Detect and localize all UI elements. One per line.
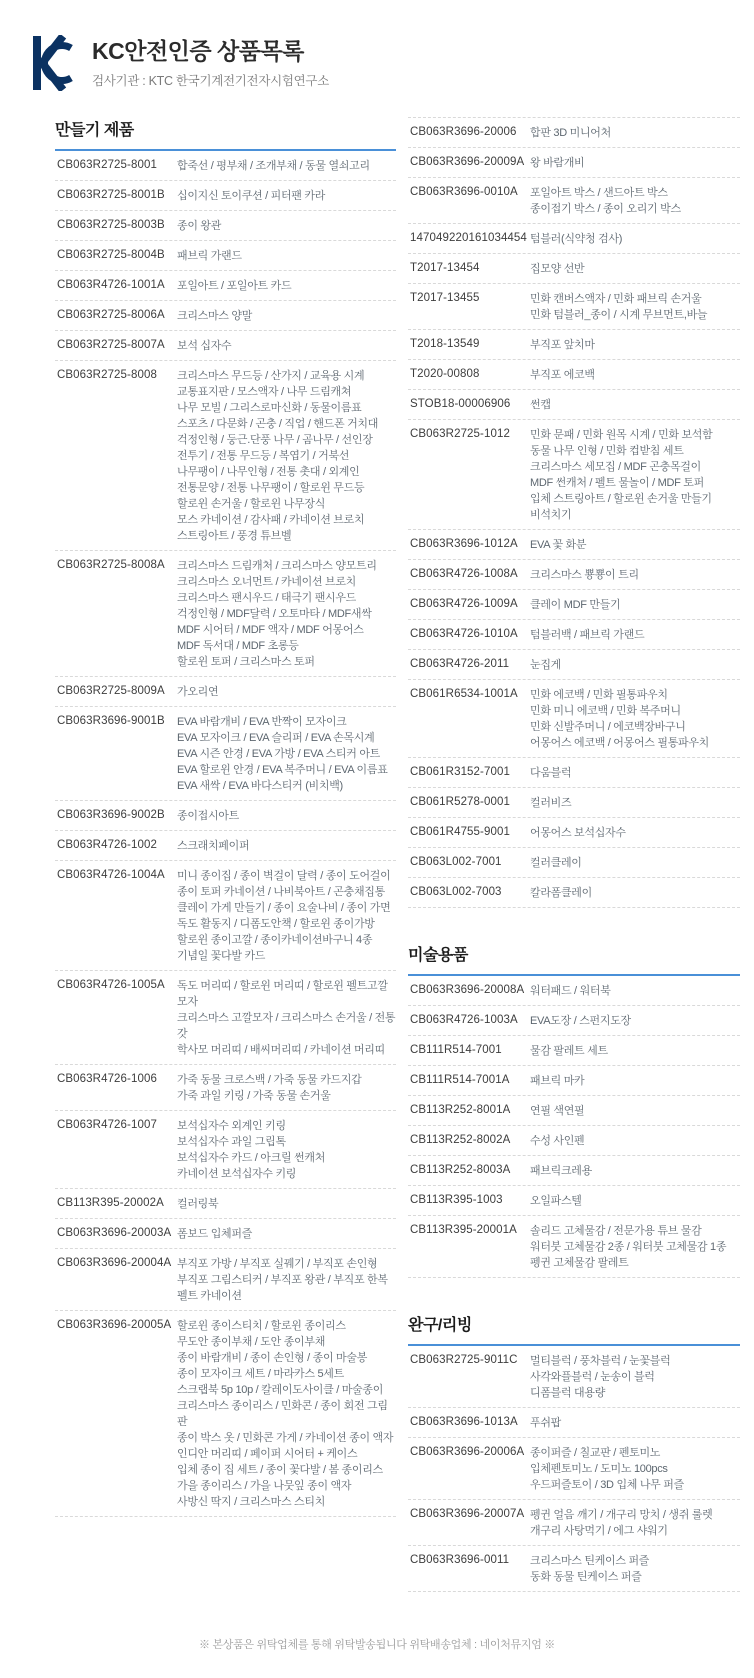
- cert-code: CB063R3696-20004A: [57, 1256, 177, 1269]
- product-item-line: 크리스마스 드림캐처 / 크리스마스 양모트리: [177, 558, 396, 574]
- product-item-line: 연필 색연필: [530, 1103, 740, 1119]
- product-item-line: 워터붓 고체물감 2종 / 워터붓 고체물감 1종: [530, 1239, 740, 1255]
- product-item-line: 스포츠 / 다문화 / 곤충 / 직업 / 핸드폰 거치대: [177, 416, 396, 432]
- product-item-line: 왕 바람개비: [530, 155, 740, 171]
- cert-code: CB063R4726-1007: [57, 1118, 177, 1131]
- cert-code: CB063R2725-8001B: [57, 188, 177, 201]
- product-item-line: 칼라폼클레이: [530, 885, 740, 901]
- product-items: 할로윈 종이스티치 / 할로윈 종이리스무도안 종이부채 / 도안 종이부채종이…: [177, 1318, 396, 1510]
- product-row: CB063R2725-8003B종이 왕관: [55, 211, 396, 241]
- product-items: 칼라폼클레이: [530, 885, 740, 901]
- product-row: CB111R514-7001A패브릭 마카: [408, 1066, 740, 1096]
- product-item-line: EVA 바람개비 / EVA 반짝이 모자이크: [177, 714, 396, 730]
- product-item-line: 입체펜토미노 / 도미노 100pcs: [530, 1461, 740, 1477]
- section-title-making: 만들기 제품: [55, 117, 396, 151]
- product-row: CB063R3696-20007A펭귄 얼음 깨기 / 개구리 망치 / 생쥐 …: [408, 1500, 740, 1546]
- product-item-line: 모스 카네이션 / 감사패 / 카네이션 브로치: [177, 512, 396, 528]
- product-row: CB113R252-8001A연필 색연필: [408, 1096, 740, 1126]
- cert-code: CB063R4726-1010A: [410, 627, 530, 640]
- product-row: CB063R3696-20008A워터패드 / 워터북: [408, 976, 740, 1006]
- cert-code: CB063R2725-8008A: [57, 558, 177, 571]
- product-items: 컬러비즈: [530, 795, 740, 811]
- cert-code: CB063R2725-9011C: [410, 1353, 530, 1366]
- product-row: CB063R2725-8007A보석 십자수: [55, 331, 396, 361]
- product-item-line: 폼보드 입체퍼즐: [177, 1226, 396, 1242]
- product-row: CB113R252-8003A패브릭크레용: [408, 1156, 740, 1186]
- product-items: 합죽선 / 평부채 / 조개부채 / 동물 열쇠고리: [177, 158, 396, 174]
- product-items: 오일파스텔: [530, 1193, 740, 1209]
- cert-code: CB063R3696-20009A: [410, 155, 530, 168]
- product-items: EVA 꽃 화분: [530, 537, 740, 553]
- product-items: 독도 머리띠 / 할로윈 머리띠 / 할로윈 펠트고깔모자크리스마스 고깔모자 …: [177, 978, 396, 1058]
- product-item-line: 크리스마스 고깔모자 / 크리스마스 손거울 / 전통갓: [177, 1010, 396, 1042]
- product-items: 민화 에코백 / 민화 필통파우치민화 미니 에코백 / 민화 복주머니민화 신…: [530, 687, 740, 751]
- product-row: CB061R5278-0001컬러비즈: [408, 788, 740, 818]
- page-header: KC안전인증 상품목록 검사기관 : KTC 한국기계전기전자시험연구소: [30, 33, 740, 91]
- product-item-line: 크리스마스 양말: [177, 308, 396, 324]
- product-item-line: 가을 종이리스 / 가을 나뭇잎 종이 액자: [177, 1478, 396, 1494]
- product-item-line: 솔리드 고체물감 / 전문가용 튜브 물감: [530, 1223, 740, 1239]
- product-item-line: 패브릭 가랜드: [177, 248, 396, 264]
- cert-code: CB063R4726-1001A: [57, 278, 177, 291]
- product-item-line: EVA 모자이크 / EVA 슬리퍼 / EVA 손목시계: [177, 730, 396, 746]
- product-row: T2017-13455민화 캔버스액자 / 민화 패브릭 손거울민화 텀블러_종…: [408, 284, 740, 330]
- product-items: 크리스마스 틴케이스 퍼즐동화 동물 틴케이스 퍼즐: [530, 1553, 740, 1585]
- product-item-line: 컬러링북: [177, 1196, 396, 1212]
- product-item-line: 워터패드 / 워터북: [530, 983, 740, 999]
- product-item-line: 텀블러(식약청 검사): [530, 231, 740, 247]
- product-items: 십이지신 토이쿠션 / 피터팬 카라: [177, 188, 396, 204]
- product-row: CB063R3696-20006A종이퍼즐 / 칠교판 / 펜토미노입체펜토미노…: [408, 1438, 740, 1500]
- cert-code: T2017-13454: [410, 261, 530, 274]
- product-item-line: 독도 활동지 / 디폼도안책 / 할로윈 종이가방: [177, 916, 396, 932]
- product-item-line: 인디안 머리띠 / 페이퍼 시어터 + 케이스: [177, 1446, 396, 1462]
- product-item-line: 텀블러백 / 패브릭 가랜드: [530, 627, 740, 643]
- product-item-line: 보석십자수 외계인 키링: [177, 1118, 396, 1134]
- cert-code: CB063R3696-9002B: [57, 808, 177, 821]
- cert-code: CB113R252-8003A: [410, 1163, 530, 1176]
- cert-code: CB113R395-20001A: [410, 1223, 530, 1236]
- product-items: 패브릭 마카: [530, 1073, 740, 1089]
- product-items: 패브릭 가랜드: [177, 248, 396, 264]
- cert-code: CB063R2725-8004B: [57, 248, 177, 261]
- cert-code: CB063R3696-20006: [410, 125, 530, 138]
- product-row: CB063R4726-1007보석십자수 외계인 키링보석십자수 과일 그립톡보…: [55, 1111, 396, 1189]
- product-item-line: 종이 토퍼 카네이션 / 나비북아트 / 곤충채집통: [177, 884, 396, 900]
- product-row: CB063R2725-8008크리스마스 무드등 / 산가지 / 교육용 시계교…: [55, 361, 396, 551]
- product-item-line: 크리스마스 틴케이스 퍼즐: [530, 1553, 740, 1569]
- cert-code: T2017-13455: [410, 291, 530, 304]
- product-item-line: 집모양 선반: [530, 261, 740, 277]
- product-items: 종이 왕관: [177, 218, 396, 234]
- product-item-line: 할로윈 토퍼 / 크리스마스 토퍼: [177, 654, 396, 670]
- product-items: 민화 문패 / 민화 원목 시계 / 민화 보석함동물 나무 인형 / 민화 컵…: [530, 427, 740, 523]
- product-item-line: 수성 사인펜: [530, 1133, 740, 1149]
- cert-code: CB063R4726-2011: [410, 657, 530, 670]
- product-item-line: 걱정인형 / 둥근.단풍 나무 / 곰나무 / 선인장: [177, 432, 396, 448]
- section-title-toys: 완구/리빙: [408, 1312, 740, 1346]
- product-item-line: 클레이 MDF 만들기: [530, 597, 740, 613]
- product-item-line: 스트링아트 / 풍경 튜브벨: [177, 528, 396, 544]
- product-items: 클레이 MDF 만들기: [530, 597, 740, 613]
- product-item-line: 개구리 사탕먹기 / 에그 샤워기: [530, 1523, 740, 1539]
- product-item-line: 할로윈 손거울 / 할로윈 나무장식: [177, 496, 396, 512]
- product-item-line: 썬캡: [530, 397, 740, 413]
- product-item-line: EVA 시즌 안경 / EVA 가방 / EVA 스티커 아트: [177, 746, 396, 762]
- product-row: CB063R3696-0011크리스마스 틴케이스 퍼즐동화 동물 틴케이스 퍼…: [408, 1546, 740, 1592]
- product-items: 텀블러(식약청 검사): [530, 231, 740, 247]
- product-item-line: 부직포 에코백: [530, 367, 740, 383]
- section-toys: 완구/리빙 CB063R2725-9011C멀티블럭 / 풍차블럭 / 눈꽃블럭…: [408, 1312, 740, 1592]
- product-item-line: 패브릭 마카: [530, 1073, 740, 1089]
- product-items: EVA도장 / 스펀지도장: [530, 1013, 740, 1029]
- product-row: CB063R2725-9011C멀티블럭 / 풍차블럭 / 눈꽃블럭사각와플블럭…: [408, 1346, 740, 1408]
- product-row: CB061R3152-7001다움블럭: [408, 758, 740, 788]
- cert-code: CB063R4726-1003A: [410, 1013, 530, 1026]
- product-item-line: 민화 문패 / 민화 원목 시계 / 민화 보석함: [530, 427, 740, 443]
- right-column: CB063R3696-20006합판 3D 미니어처CB063R3696-200…: [408, 117, 740, 1592]
- product-row: CB063R3696-0010A포일아트 박스 / 샌드아트 박스종이접기 박스…: [408, 178, 740, 224]
- section-title-art: 미술용품: [408, 942, 740, 976]
- product-item-line: EVA도장 / 스펀지도장: [530, 1013, 740, 1029]
- product-items: 크리스마스 무드등 / 산가지 / 교육용 시계교통표지판 / 모스액자 / 나…: [177, 368, 396, 544]
- product-row: CB113R395-20001A솔리드 고체물감 / 전문가용 튜브 물감워터붓…: [408, 1216, 740, 1278]
- product-items: 텀블러백 / 패브릭 가랜드: [530, 627, 740, 643]
- product-item-line: 눈집게: [530, 657, 740, 673]
- product-items: 썬캡: [530, 397, 740, 413]
- product-item-line: 종이접기 박스 / 종이 오리기 박스: [530, 201, 740, 217]
- cert-code: CB063R4726-1002: [57, 838, 177, 851]
- product-item-line: 동화 동물 틴케이스 퍼즐: [530, 1569, 740, 1585]
- product-row: CB063R3696-9001BEVA 바람개비 / EVA 반짝이 모자이크E…: [55, 707, 396, 801]
- cert-code: CB063R2725-8003B: [57, 218, 177, 231]
- product-items: 워터패드 / 워터북: [530, 983, 740, 999]
- product-item-line: 민화 미니 에코백 / 민화 복주머니: [530, 703, 740, 719]
- product-row: CB063R2725-8001합죽선 / 평부채 / 조개부채 / 동물 열쇠고…: [55, 151, 396, 181]
- product-item-line: 할로윈 종이고깔 / 종이카네이션바구니 4종: [177, 932, 396, 948]
- product-item-line: 크리스마스 팬시우드 / 태극기 팬시우드: [177, 590, 396, 606]
- cert-code: STOB18-00006906: [410, 397, 530, 410]
- cert-code: CB113R252-8002A: [410, 1133, 530, 1146]
- product-item-line: 십이지신 토이쿠션 / 피터팬 카라: [177, 188, 396, 204]
- kc-mark-icon: [30, 35, 80, 91]
- header-titles: KC안전인증 상품목록 검사기관 : KTC 한국기계전기전자시험연구소: [92, 33, 329, 89]
- product-item-line: 멀티블럭 / 풍차블럭 / 눈꽃블럭: [530, 1353, 740, 1369]
- cert-code: CB111R514-7001: [410, 1043, 530, 1056]
- cert-code: CB063R2725-8009A: [57, 684, 177, 697]
- product-item-line: 크리스마스 종이리스 / 민화콘 / 종이 회전 그림판: [177, 1398, 396, 1430]
- product-row: CB061R4755-9001어몽어스 보석십자수: [408, 818, 740, 848]
- cert-code: CB063R4726-1005A: [57, 978, 177, 991]
- product-items: 크리스마스 뿅뿅이 트리: [530, 567, 740, 583]
- cert-code: CB061R6534-1001A: [410, 687, 530, 700]
- cert-code: CB063R4726-1004A: [57, 868, 177, 881]
- product-item-line: 기념일 꽃다발 카드: [177, 948, 396, 964]
- product-item-line: 걱정인형 / MDF달력 / 오토마타 / MDF새싹: [177, 606, 396, 622]
- cert-code: CB063R3696-9001B: [57, 714, 177, 727]
- product-items: 부직포 앞치마: [530, 337, 740, 353]
- toys-rows: CB063R2725-9011C멀티블럭 / 풍차블럭 / 눈꽃블럭사각와플블럭…: [408, 1346, 740, 1592]
- section-making: 만들기 제품 CB063R2725-8001합죽선 / 평부채 / 조개부채 /…: [55, 117, 396, 1517]
- product-row: CB063R2725-1012민화 문패 / 민화 원목 시계 / 민화 보석함…: [408, 420, 740, 530]
- product-row: CB063R3696-9002B종이접시아트: [55, 801, 396, 831]
- product-item-line: 오일파스텔: [530, 1193, 740, 1209]
- product-item-line: 미니 종이집 / 종이 벽걸이 달력 / 종이 도어걸이: [177, 868, 396, 884]
- product-item-line: 펭귄 얼음 깨기 / 개구리 망치 / 생쥐 룰렛: [530, 1507, 740, 1523]
- product-item-line: 민화 에코백 / 민화 필통파우치: [530, 687, 740, 703]
- product-items: 펭귄 얼음 깨기 / 개구리 망치 / 생쥐 룰렛개구리 사탕먹기 / 에그 샤…: [530, 1507, 740, 1539]
- product-item-line: 물감 팔레트 세트: [530, 1043, 740, 1059]
- cert-code: CB063R2725-1012: [410, 427, 530, 440]
- art-rows: CB063R3696-20008A워터패드 / 워터북CB063R4726-10…: [408, 976, 740, 1278]
- kc-certification-page: KC안전인증 상품목록 검사기관 : KTC 한국기계전기전자시험연구소 만들기…: [0, 0, 754, 1602]
- cert-code: CB063R3696-20005A: [57, 1318, 177, 1331]
- product-items: 멀티블럭 / 풍차블럭 / 눈꽃블럭사각와플블럭 / 눈송이 블럭디폼블럭 대용…: [530, 1353, 740, 1401]
- cert-code: CB063R2725-8001: [57, 158, 177, 171]
- cert-code: CB063R2725-8006A: [57, 308, 177, 321]
- product-row: CB063R3696-1012AEVA 꽃 화분: [408, 530, 740, 560]
- product-row: CB063R3696-20006합판 3D 미니어처: [408, 117, 740, 148]
- product-item-line: 민화 신발주머니 / 에코백장바구니: [530, 719, 740, 735]
- product-item-line: 크리스마스 뿅뿅이 트리: [530, 567, 740, 583]
- cert-code: CB061R3152-7001: [410, 765, 530, 778]
- product-item-line: 사각와플블럭 / 눈송이 블럭: [530, 1369, 740, 1385]
- product-item-line: 합판 3D 미니어처: [530, 125, 740, 141]
- product-row: CB063R2725-8008A크리스마스 드림캐처 / 크리스마스 양모트리크…: [55, 551, 396, 677]
- making-right-rows: CB063R3696-20006합판 3D 미니어처CB063R3696-200…: [408, 117, 740, 908]
- cert-code: CB063R4726-1008A: [410, 567, 530, 580]
- product-row: CB063R2725-8009A가오리연: [55, 677, 396, 707]
- product-item-line: 전투기 / 전통 무드등 / 복엽기 / 거북선: [177, 448, 396, 464]
- product-row: CB063R4726-2011눈집게: [408, 650, 740, 680]
- product-items: 크리스마스 드림캐처 / 크리스마스 양모트리크리스마스 오너먼트 / 카네이션…: [177, 558, 396, 670]
- page-title: KC안전인증 상품목록: [92, 33, 329, 66]
- left-column: 만들기 제품 CB063R2725-8001합죽선 / 평부채 / 조개부채 /…: [55, 117, 396, 1592]
- product-item-line: 펭귄 고체물감 팔레트: [530, 1255, 740, 1271]
- product-items: 왕 바람개비: [530, 155, 740, 171]
- cert-code: CB063R3696-0010A: [410, 185, 530, 198]
- product-item-line: 보석십자수 카드 / 아크릴 썬캐처: [177, 1150, 396, 1166]
- product-items: 수성 사인펜: [530, 1133, 740, 1149]
- consignment-note: ※ 본상품은 위탁업체를 통해 위탁발송됩니다 위탁배송업체 : 네이처뮤지엄 …: [0, 1636, 754, 1652]
- product-row: CB063L002-7001컬러클레이: [408, 848, 740, 878]
- product-item-line: 부직포 가방 / 부직포 실꿰기 / 부직포 손인형: [177, 1256, 396, 1272]
- cert-code: CB111R514-7001A: [410, 1073, 530, 1086]
- product-row: T2017-13454집모양 선반: [408, 254, 740, 284]
- product-item-line: 어몽어스 보석십자수: [530, 825, 740, 841]
- cert-code: 147049220161034454: [410, 231, 530, 244]
- product-item-line: 포일아트 / 포일아트 카드: [177, 278, 396, 294]
- product-items: 가죽 동물 크로스백 / 가죽 동물 카드지갑가죽 과일 키링 / 가죽 동물 …: [177, 1072, 396, 1104]
- product-row: CB113R395-20002A컬러링북: [55, 1189, 396, 1219]
- product-row: CB063R4726-1004A미니 종이집 / 종이 벽걸이 달력 / 종이 …: [55, 861, 396, 971]
- product-items: 연필 색연필: [530, 1103, 740, 1119]
- product-row: CB063R3696-20005A할로윈 종이스티치 / 할로윈 종이리스무도안…: [55, 1311, 396, 1517]
- product-item-line: 무도안 종이부채 / 도안 종이부채: [177, 1334, 396, 1350]
- product-row: CB063R2725-8004B패브릭 가랜드: [55, 241, 396, 271]
- cert-code: CB061R4755-9001: [410, 825, 530, 838]
- product-item-line: 합죽선 / 평부채 / 조개부채 / 동물 열쇠고리: [177, 158, 396, 174]
- product-item-line: 부직포 앞치마: [530, 337, 740, 353]
- product-item-line: 할로윈 종이스티치 / 할로윈 종이리스: [177, 1318, 396, 1334]
- cert-code: CB063R2725-8008: [57, 368, 177, 381]
- product-items: 부직포 에코백: [530, 367, 740, 383]
- product-item-line: 동물 나무 인형 / 민화 컵받침 세트: [530, 443, 740, 459]
- product-items: 솔리드 고체물감 / 전문가용 튜브 물감워터붓 고체물감 2종 / 워터붓 고…: [530, 1223, 740, 1271]
- product-item-line: 독도 머리띠 / 할로윈 머리띠 / 할로윈 펠트고깔모자: [177, 978, 396, 1010]
- product-item-line: 크리스마스 오너먼트 / 카네이션 브로치: [177, 574, 396, 590]
- product-items: 크리스마스 양말: [177, 308, 396, 324]
- product-item-line: 다움블럭: [530, 765, 740, 781]
- product-item-line: 보석십자수 과일 그립톡: [177, 1134, 396, 1150]
- content-columns: 만들기 제품 CB063R2725-8001합죽선 / 평부채 / 조개부채 /…: [55, 117, 740, 1592]
- product-item-line: 푸쉬팝: [530, 1415, 740, 1431]
- cert-code: CB063R3696-1012A: [410, 537, 530, 550]
- product-item-line: 비석치기: [530, 507, 740, 523]
- product-item-line: EVA 할로윈 안경 / EVA 복주머니 / EVA 이름표: [177, 762, 396, 778]
- product-row: CB063R3696-1013A푸쉬팝: [408, 1408, 740, 1438]
- product-item-line: MDF 시어터 / MDF 액자 / MDF 어몽어스: [177, 622, 396, 638]
- product-items: 포일아트 / 포일아트 카드: [177, 278, 396, 294]
- product-item-line: 가죽 동물 크로스백 / 가죽 동물 카드지갑: [177, 1072, 396, 1088]
- product-item-line: 입체 스트링아트 / 할로윈 손거울 만들기: [530, 491, 740, 507]
- product-item-line: 컬러비즈: [530, 795, 740, 811]
- product-item-line: 종이 바람개비 / 종이 손인형 / 종이 마술봉: [177, 1350, 396, 1366]
- product-item-line: EVA 꽃 화분: [530, 537, 740, 553]
- cert-code: CB063L002-7001: [410, 855, 530, 868]
- product-row: CB111R514-7001물감 팔레트 세트: [408, 1036, 740, 1066]
- product-item-line: 부직포 그림스티커 / 부직포 왕관 / 부직포 한복: [177, 1272, 396, 1288]
- cert-code: T2020-00808: [410, 367, 530, 380]
- product-item-line: 카네이션 보석십자수 키링: [177, 1166, 396, 1182]
- product-item-line: 종이퍼즐 / 칠교판 / 펜토미노: [530, 1445, 740, 1461]
- product-item-line: 클레이 가게 만들기 / 종이 요술나비 / 종이 가면: [177, 900, 396, 916]
- product-items: 어몽어스 보석십자수: [530, 825, 740, 841]
- product-row: T2020-00808부직포 에코백: [408, 360, 740, 390]
- product-item-line: 어몽어스 에코백 / 어몽어스 필통파우치: [530, 735, 740, 751]
- product-item-line: 사방신 딱지 / 크리스마스 스티치: [177, 1494, 396, 1510]
- product-row: CB063R2725-8001B십이지신 토이쿠션 / 피터팬 카라: [55, 181, 396, 211]
- product-items: 보석십자수 외계인 키링보석십자수 과일 그립톡보석십자수 카드 / 아크릴 썬…: [177, 1118, 396, 1182]
- product-row: CB063R4726-1010A텀블러백 / 패브릭 가랜드: [408, 620, 740, 650]
- product-row: CB063R4726-1003AEVA도장 / 스펀지도장: [408, 1006, 740, 1036]
- cert-code: CB063R4726-1006: [57, 1072, 177, 1085]
- product-items: 집모양 선반: [530, 261, 740, 277]
- product-items: 컬러클레이: [530, 855, 740, 871]
- product-items: 물감 팔레트 세트: [530, 1043, 740, 1059]
- product-row: CB063L002-7003칼라폼클레이: [408, 878, 740, 908]
- product-item-line: 학사모 머리띠 / 배씨머리띠 / 카네이션 머리띠: [177, 1042, 396, 1058]
- product-items: EVA 바람개비 / EVA 반짝이 모자이크EVA 모자이크 / EVA 슬리…: [177, 714, 396, 794]
- product-item-line: 교통표지판 / 모스액자 / 나무 드림캐쳐: [177, 384, 396, 400]
- product-items: 포일아트 박스 / 샌드아트 박스종이접기 박스 / 종이 오리기 박스: [530, 185, 740, 217]
- product-row: CB063R4726-1001A포일아트 / 포일아트 카드: [55, 271, 396, 301]
- cert-code: CB113R252-8001A: [410, 1103, 530, 1116]
- product-row: CB063R2725-8006A크리스마스 양말: [55, 301, 396, 331]
- product-items: 스크래치페이퍼: [177, 838, 396, 854]
- product-item-line: 컬러클레이: [530, 855, 740, 871]
- product-item-line: EVA 새싹 / EVA 바다스티커 (비치백): [177, 778, 396, 794]
- product-row: CB063R3696-20009A왕 바람개비: [408, 148, 740, 178]
- product-item-line: 크리스마스 세모집 / MDF 곤충목걸이: [530, 459, 740, 475]
- product-item-line: 나무 모빌 / 그리스로마신화 / 동물이름표: [177, 400, 396, 416]
- product-row: CB063R4726-1002스크래치페이퍼: [55, 831, 396, 861]
- making-left-rows: CB063R2725-8001합죽선 / 평부채 / 조개부채 / 동물 열쇠고…: [55, 151, 396, 1517]
- section-art: 미술용품 CB063R3696-20008A워터패드 / 워터북CB063R47…: [408, 942, 740, 1278]
- page-subtitle: 검사기관 : KTC 한국기계전기전자시험연구소: [92, 71, 329, 89]
- product-row: CB063R3696-20003A폼보드 입체퍼즐: [55, 1219, 396, 1249]
- cert-code: CB063R3696-20006A: [410, 1445, 530, 1458]
- product-item-line: 나무팽이 / 나무인형 / 전통 촛대 / 외계인: [177, 464, 396, 480]
- product-items: 컬러링북: [177, 1196, 396, 1212]
- product-item-line: MDF 독서대 / MDF 초롱등: [177, 638, 396, 654]
- cert-code: CB063R3696-0011: [410, 1553, 530, 1566]
- cert-code: CB063R3696-20008A: [410, 983, 530, 996]
- product-items: 보석 십자수: [177, 338, 396, 354]
- cert-code: CB063R4726-1009A: [410, 597, 530, 610]
- product-items: 합판 3D 미니어처: [530, 125, 740, 141]
- product-item-line: 패브릭크레용: [530, 1163, 740, 1179]
- cert-code: CB113R395-20002A: [57, 1196, 177, 1209]
- product-items: 폼보드 입체퍼즐: [177, 1226, 396, 1242]
- product-item-line: 가죽 과일 키링 / 가죽 동물 손거울: [177, 1088, 396, 1104]
- product-row: CB063R4726-1006가죽 동물 크로스백 / 가죽 동물 카드지갑가죽…: [55, 1065, 396, 1111]
- product-item-line: 민화 텀블러_종이 / 시계 무브먼트,바늘: [530, 307, 740, 323]
- product-item-line: 보석 십자수: [177, 338, 396, 354]
- product-item-line: 종이 박스 옷 / 민화콘 가게 / 카네이션 종이 액자: [177, 1430, 396, 1446]
- product-items: 미니 종이집 / 종이 벽걸이 달력 / 종이 도어걸이종이 토퍼 카네이션 /…: [177, 868, 396, 964]
- product-item-line: 스크래치페이퍼: [177, 838, 396, 854]
- product-item-line: 크리스마스 무드등 / 산가지 / 교육용 시계: [177, 368, 396, 384]
- product-item-line: 가오리연: [177, 684, 396, 700]
- product-items: 가오리연: [177, 684, 396, 700]
- product-row: CB113R252-8002A수성 사인펜: [408, 1126, 740, 1156]
- product-item-line: 종이 왕관: [177, 218, 396, 234]
- product-items: 다움블럭: [530, 765, 740, 781]
- product-row: T2018-13549부직포 앞치마: [408, 330, 740, 360]
- product-row: CB063R4726-1009A클레이 MDF 만들기: [408, 590, 740, 620]
- product-row: CB063R3696-20004A부직포 가방 / 부직포 실꿰기 / 부직포 …: [55, 1249, 396, 1311]
- product-row: 147049220161034454텀블러(식약청 검사): [408, 224, 740, 254]
- product-row: CB113R395-1003오일파스텔: [408, 1186, 740, 1216]
- product-item-line: 펠트 카네이션: [177, 1288, 396, 1304]
- product-row: CB063R4726-1008A크리스마스 뿅뿅이 트리: [408, 560, 740, 590]
- product-items: 푸쉬팝: [530, 1415, 740, 1431]
- cert-code: CB063R3696-20003A: [57, 1226, 177, 1239]
- product-items: 종이퍼즐 / 칠교판 / 펜토미노입체펜토미노 / 도미노 100pcs우드퍼즐…: [530, 1445, 740, 1493]
- product-row: CB063R4726-1005A독도 머리띠 / 할로윈 머리띠 / 할로윈 펠…: [55, 971, 396, 1065]
- cert-code: CB063R3696-20007A: [410, 1507, 530, 1520]
- product-items: 부직포 가방 / 부직포 실꿰기 / 부직포 손인형부직포 그림스티커 / 부직…: [177, 1256, 396, 1304]
- cert-code: CB063R2725-8007A: [57, 338, 177, 351]
- product-items: 패브릭크레용: [530, 1163, 740, 1179]
- cert-code: CB063L002-7003: [410, 885, 530, 898]
- product-row: STOB18-00006906썬캡: [408, 390, 740, 420]
- product-items: 종이접시아트: [177, 808, 396, 824]
- product-items: 눈집게: [530, 657, 740, 673]
- product-items: 민화 캔버스액자 / 민화 패브릭 손거울민화 텀블러_종이 / 시계 무브먼트…: [530, 291, 740, 323]
- cert-code: CB113R395-1003: [410, 1193, 530, 1206]
- product-item-line: 스크랩북 5p 10p / 칼레이도사이클 / 마술종이: [177, 1382, 396, 1398]
- cert-code: T2018-13549: [410, 337, 530, 350]
- product-item-line: MDF 썬캐처 / 펠트 물놀이 / MDF 토퍼: [530, 475, 740, 491]
- product-item-line: 포일아트 박스 / 샌드아트 박스: [530, 185, 740, 201]
- cert-code: CB061R5278-0001: [410, 795, 530, 808]
- product-item-line: 입체 종이 집 세트 / 종이 꽃다발 / 봄 종이리스: [177, 1462, 396, 1478]
- product-row: CB061R6534-1001A민화 에코백 / 민화 필통파우치민화 미니 에…: [408, 680, 740, 758]
- product-item-line: 전통문양 / 전통 나무팽이 / 할로윈 무드등: [177, 480, 396, 496]
- product-item-line: 민화 캔버스액자 / 민화 패브릭 손거울: [530, 291, 740, 307]
